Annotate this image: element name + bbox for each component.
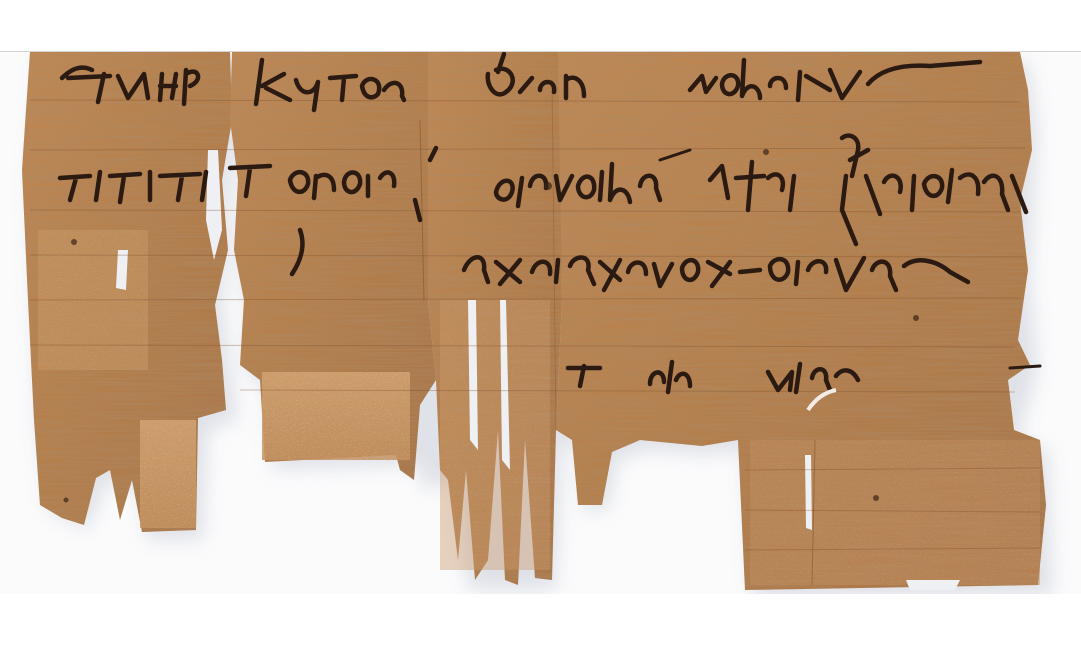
papyrus-image (0, 52, 1081, 594)
papyrus-photo (0, 52, 1081, 594)
